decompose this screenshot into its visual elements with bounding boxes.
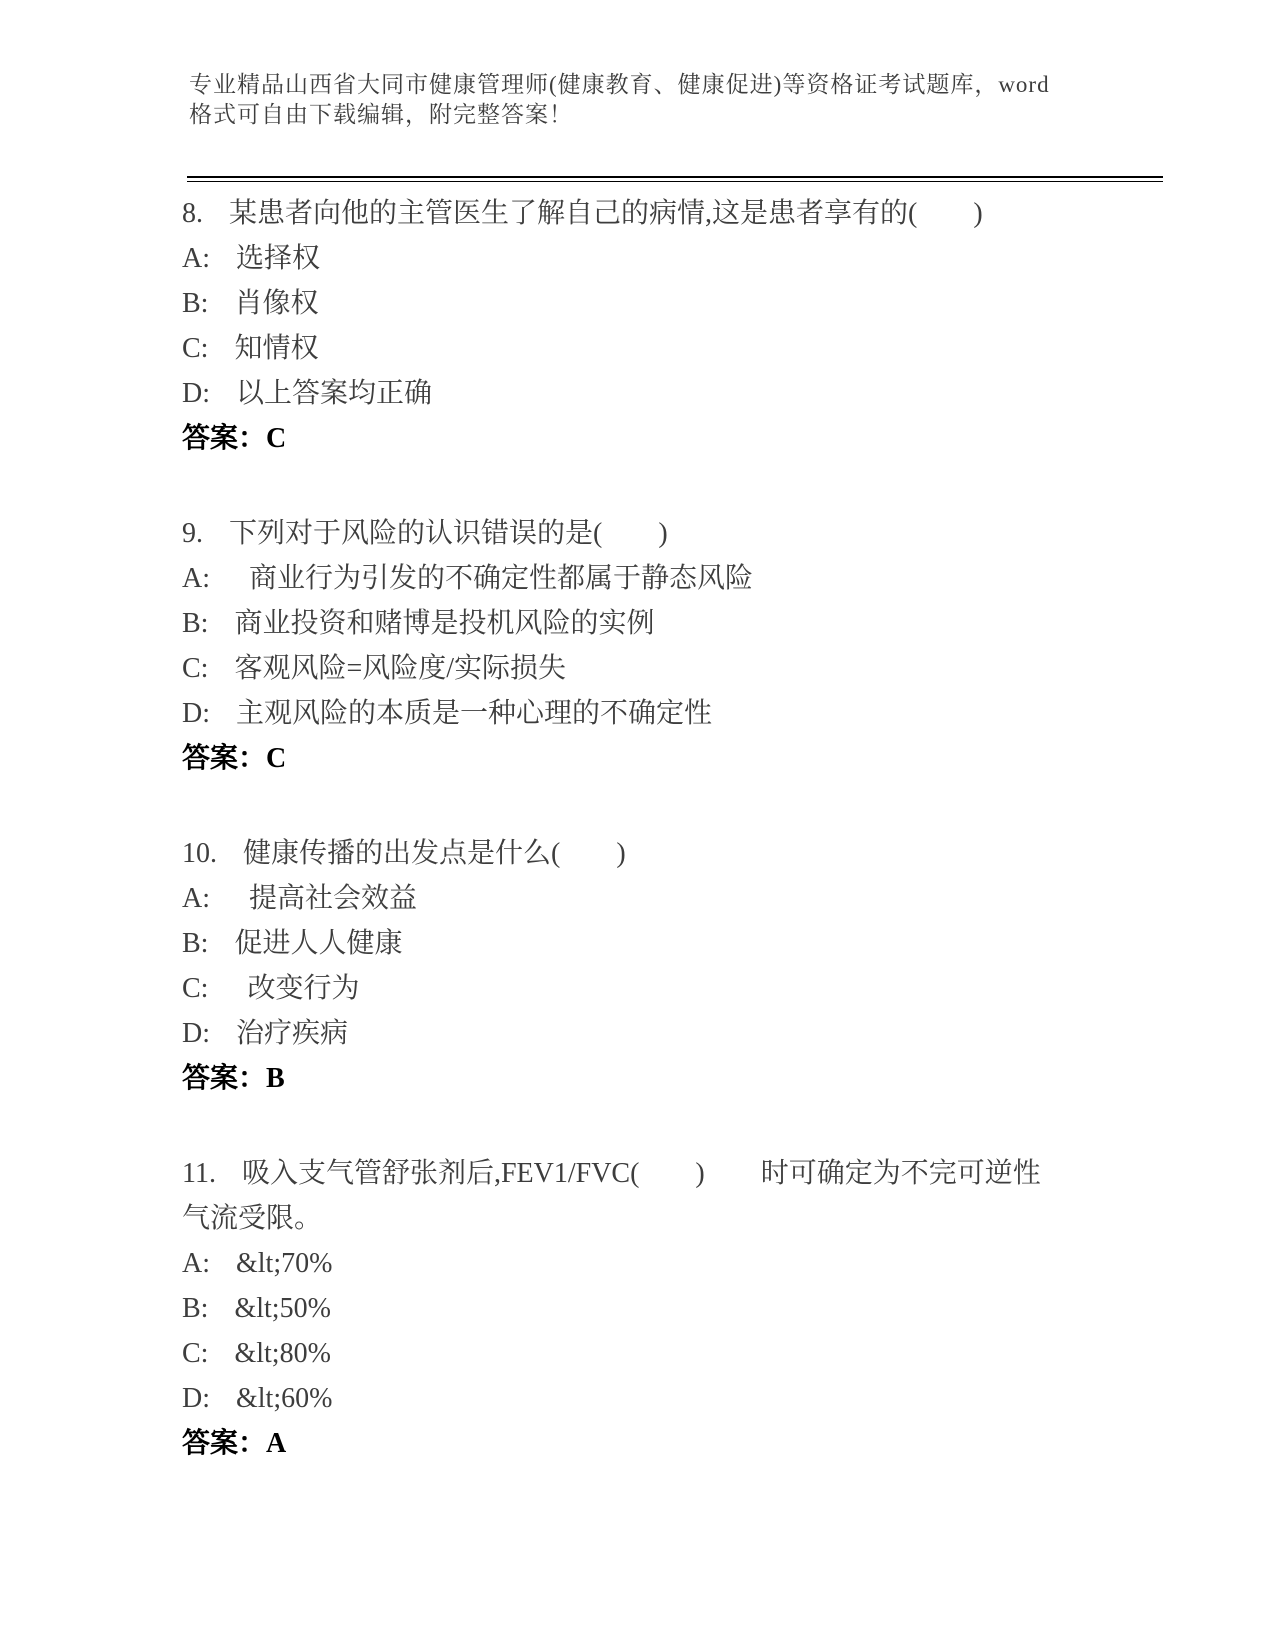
question-option-c: C: 知情权 bbox=[182, 326, 1180, 371]
page: 专业精品山西省大同市健康管理师(健康教育、健康促进)等资格证考试题库，word … bbox=[0, 0, 1275, 1650]
answer-line: 答案：B bbox=[182, 1056, 1180, 1101]
question-option-a: A: 选择权 bbox=[182, 236, 1180, 281]
answer-value: A bbox=[266, 1428, 286, 1459]
answer-value: C bbox=[266, 743, 286, 774]
question-option-d: D: 治疗疾病 bbox=[182, 1011, 1180, 1056]
answer-value: C bbox=[266, 423, 286, 454]
answer-line: 答案：C bbox=[182, 736, 1180, 781]
question-option-b: B: 肖像权 bbox=[182, 281, 1180, 326]
question-option-b: B: &lt;50% bbox=[182, 1286, 1180, 1331]
question-option-d: D: &lt;60% bbox=[182, 1376, 1180, 1421]
header-separator bbox=[187, 176, 1163, 182]
answer-value: B bbox=[266, 1063, 285, 1094]
answer-label: 答案： bbox=[182, 423, 266, 454]
question-stem: 10. 健康传播的出发点是什么( ) bbox=[182, 831, 1180, 876]
question-stem: 8. 某患者向他的主管医生了解自己的病情,这是患者享有的( ) bbox=[182, 191, 1180, 236]
answer-label: 答案： bbox=[182, 1063, 266, 1094]
question-block-10: 10. 健康传播的出发点是什么( ) A: 提高社会效益 B: 促进人人健康 C… bbox=[182, 831, 1180, 1101]
question-option-d: D: 以上答案均正确 bbox=[182, 371, 1180, 416]
header-line-2: 格式可自由下载编辑，附完整答案！ bbox=[189, 100, 1180, 130]
question-option-a: A: 商业行为引发的不确定性都属于静态风险 bbox=[182, 556, 1180, 601]
question-option-c: C: 改变行为 bbox=[182, 966, 1180, 1011]
answer-line: 答案：C bbox=[182, 416, 1180, 461]
question-option-d: D: 主观风险的本质是一种心理的不确定性 bbox=[182, 691, 1180, 736]
question-block-9: 9. 下列对于风险的认识错误的是( ) A: 商业行为引发的不确定性都属于静态风… bbox=[182, 511, 1180, 781]
answer-line: 答案：A bbox=[182, 1421, 1180, 1466]
doc-header: 专业精品山西省大同市健康管理师(健康教育、健康促进)等资格证考试题库，word … bbox=[189, 70, 1180, 130]
question-option-c: C: 客观风险=风险度/实际损失 bbox=[182, 646, 1180, 691]
question-option-c: C: &lt;80% bbox=[182, 1331, 1180, 1376]
answer-label: 答案： bbox=[182, 743, 266, 774]
header-line-1: 专业精品山西省大同市健康管理师(健康教育、健康促进)等资格证考试题库，word bbox=[189, 70, 1180, 100]
question-option-b: B: 促进人人健康 bbox=[182, 921, 1180, 966]
answer-label: 答案： bbox=[182, 1428, 266, 1459]
question-option-a: A: &lt;70% bbox=[182, 1241, 1180, 1286]
question-list: 8. 某患者向他的主管医生了解自己的病情,这是患者享有的( ) A: 选择权 B… bbox=[182, 191, 1180, 1466]
question-option-a: A: 提高社会效益 bbox=[182, 876, 1180, 921]
question-stem: 11. 吸入支气管舒张剂后,FEV1/FVC( ) 时可确定为不完可逆性 bbox=[182, 1151, 1180, 1196]
question-option-b: B: 商业投资和赌博是投机风险的实例 bbox=[182, 601, 1180, 646]
question-block-11: 11. 吸入支气管舒张剂后,FEV1/FVC( ) 时可确定为不完可逆性 气流受… bbox=[182, 1151, 1180, 1466]
question-block-8: 8. 某患者向他的主管医生了解自己的病情,这是患者享有的( ) A: 选择权 B… bbox=[182, 191, 1180, 461]
question-stem-continued: 气流受限。 bbox=[182, 1196, 1180, 1241]
question-stem: 9. 下列对于风险的认识错误的是( ) bbox=[182, 511, 1180, 556]
